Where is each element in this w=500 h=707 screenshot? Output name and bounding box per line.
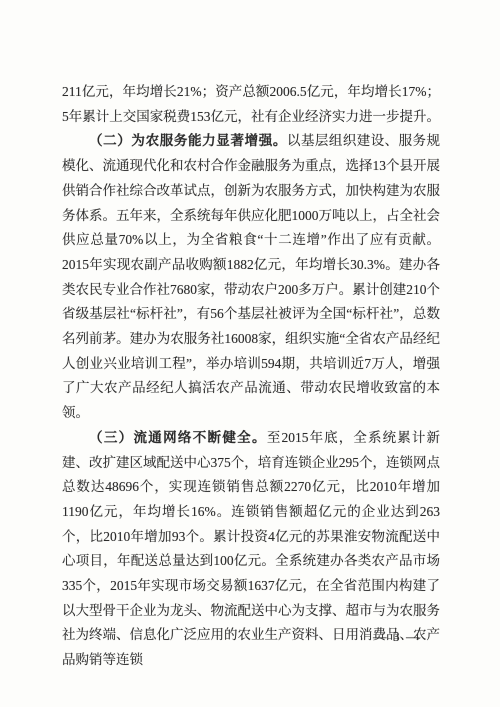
section-3-heading: （三）流通网络不断健全。 [89, 430, 267, 445]
paragraph-text: 211亿元，年均增长21%；资产总额2006.5亿元，年均增长17%；5年累计上… [62, 84, 440, 124]
page-number: — 3 — [373, 629, 421, 645]
document-body: 211亿元，年均增长21%；资产总额2006.5亿元，年均增长17%；5年累计上… [62, 80, 440, 673]
document-page: 211亿元，年均增长21%；资产总额2006.5亿元，年均增长17%；5年累计上… [0, 0, 500, 707]
paragraph-continuation: 211亿元，年均增长21%；资产总额2006.5亿元，年均增长17%；5年累计上… [62, 80, 440, 129]
section-2-heading: （二）为农服务能力显著增强。 [89, 133, 287, 148]
section-2-text: 以基层组织建设、服务规模化、流通现代化和农村合作金融服务为重点，选择13个县开展… [62, 133, 440, 420]
paragraph-section-2: （二）为农服务能力显著增强。以基层组织建设、服务规模化、流通现代化和农村合作金融… [62, 129, 440, 425]
